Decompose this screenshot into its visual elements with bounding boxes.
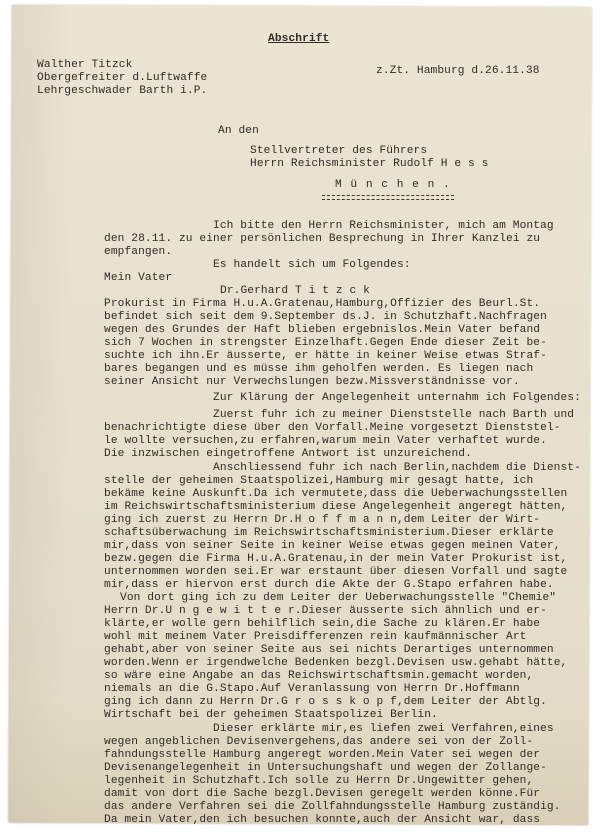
body-line: Prokurist in Firma H.u.A.Gratenau,Hambur… [104, 298, 540, 311]
body-line: Mein Vater [104, 272, 172, 285]
body-line: empfangen. [104, 246, 172, 259]
body-line: Anschliessend fuhr ich nach Berlin,nachd… [213, 462, 581, 475]
body-line: bezw.gegen die Firma H.u.A.Gratenau,in d… [104, 553, 567, 566]
body-line: so wäre eine Angabe an das Reichswirtsch… [104, 670, 533, 683]
body-line: benachrichtigte diese über den Vorfall.M… [104, 422, 561, 435]
body-line: wegen des Grundes der Haft blieben ergeb… [104, 324, 540, 337]
sender-unit: Lehrgeschwader Barth i.P. [37, 85, 207, 98]
body-line: Zur Klärung der Angelegenheit unternahm … [213, 392, 581, 405]
body-line: ging ich zuerst zu Herrn Dr.H o f f m a … [104, 514, 540, 527]
body-line: bares begangen und es müsse ihm geholfen… [104, 363, 533, 376]
body-line: befindet sich seit dem 9.September ds.J.… [104, 311, 547, 324]
recipient-line-1: Stellvertreter des Führers [250, 145, 427, 158]
body-line: Von dort ging ich zu dem Leiter der Uebe… [120, 592, 556, 605]
body-line: mir,dass er hiervon erst durch die Akte … [104, 579, 554, 592]
body-line: klärte,er wolle gern behilflich sein,die… [104, 618, 540, 631]
city-underline [322, 195, 454, 200]
body-line: suchte ich ihn.Er äusserte, er hätte in … [104, 350, 547, 363]
body-line: Herrn Dr.U n g e w i t t e r.Dieser äuss… [104, 605, 547, 618]
document-heading: Abschrift [268, 33, 329, 46]
body-line: niemals an die G.Stapo.Auf Veranlassung … [104, 683, 520, 696]
body-line: Zuerst fuhr ich zu meiner Dienststelle n… [213, 409, 574, 422]
body-line: den 28.11. zu einer persönlichen Besprec… [104, 233, 540, 246]
sender-name: Walther Titzck [37, 59, 132, 72]
body-line: mir,dass von seiner Seite in keiner Weis… [104, 540, 561, 553]
typewritten-letter: Abschrift Walther Titzck Obergefreiter d… [0, 0, 600, 839]
body-line: damit von dort die Sache bezgl.Devisen g… [104, 788, 540, 801]
body-line: fahndungsstelle Hamburg angeregt worden.… [104, 749, 540, 762]
body-line: Dr.Gerhard T i t z c k [220, 285, 370, 298]
body-line: Wirtschaft bei der geheimen Staatspolize… [104, 709, 438, 722]
body-line: legenheit in Schutzhaft.Ich solle zu Her… [104, 775, 533, 788]
body-line: ging ich dann zu Herrn Dr.G r o s s k o … [104, 696, 547, 709]
body-line: wohl mit meinem Vater Preisdifferenzen r… [104, 631, 526, 644]
body-line: das andere Verfahren sei die Zollfahndun… [104, 801, 561, 814]
body-line: Ich bitte den Herrn Reichsminister, mich… [213, 220, 554, 233]
body-line: wegen angeblichen Devisenvergehens,das a… [104, 736, 533, 749]
body-line: stelle der geheimen Staatspolizei,Hambur… [104, 475, 533, 488]
recipient-line-2: Herrn Reichsminister Rudolf H e s s [250, 158, 488, 171]
body-line: Es handelt sich um Folgendes: [213, 259, 411, 272]
body-line: im Reichswirtschaftsministerium diese An… [104, 501, 567, 514]
body-line: bekäme keine Auskunft.Da ich vermutete,d… [104, 488, 567, 501]
body-line: sich 7 Wochen in strengster Einzelhaft.G… [104, 337, 547, 350]
recipient-city: M ü n c h e n . [335, 179, 451, 192]
body-line: gehabt,aber von seiner Seite aus sei nic… [104, 644, 554, 657]
body-line: seiner Ansicht nur Verwechslungen bezw.M… [104, 376, 520, 389]
body-line: Die inzwischen eingetroffene Antwort ist… [104, 448, 472, 461]
sender-rank: Obergefreiter d.Luftwaffe [37, 72, 207, 85]
body-line: Da mein Vater,den ich besuchen konnte,au… [104, 814, 540, 827]
body-line: unternommen worden sei.Er war erstaunt ü… [104, 566, 567, 579]
body-line: worden.Wenn er irgendwelche Bedenken bez… [104, 657, 567, 670]
body-line: schaftsüberwachung im Reichswirtschaftsm… [104, 527, 554, 540]
body-line: Devisenangelegenheit in Untersuchungshaf… [104, 762, 547, 775]
place-date: z.Zt. Hamburg d.26.11.38 [376, 65, 540, 78]
body-line: Dieser erklärte mir,es liefen zwei Verfa… [213, 723, 554, 736]
body-line: le wollte versuchen,zu erfahren,warum me… [104, 435, 547, 448]
recipient-salutation: An den [218, 125, 259, 138]
